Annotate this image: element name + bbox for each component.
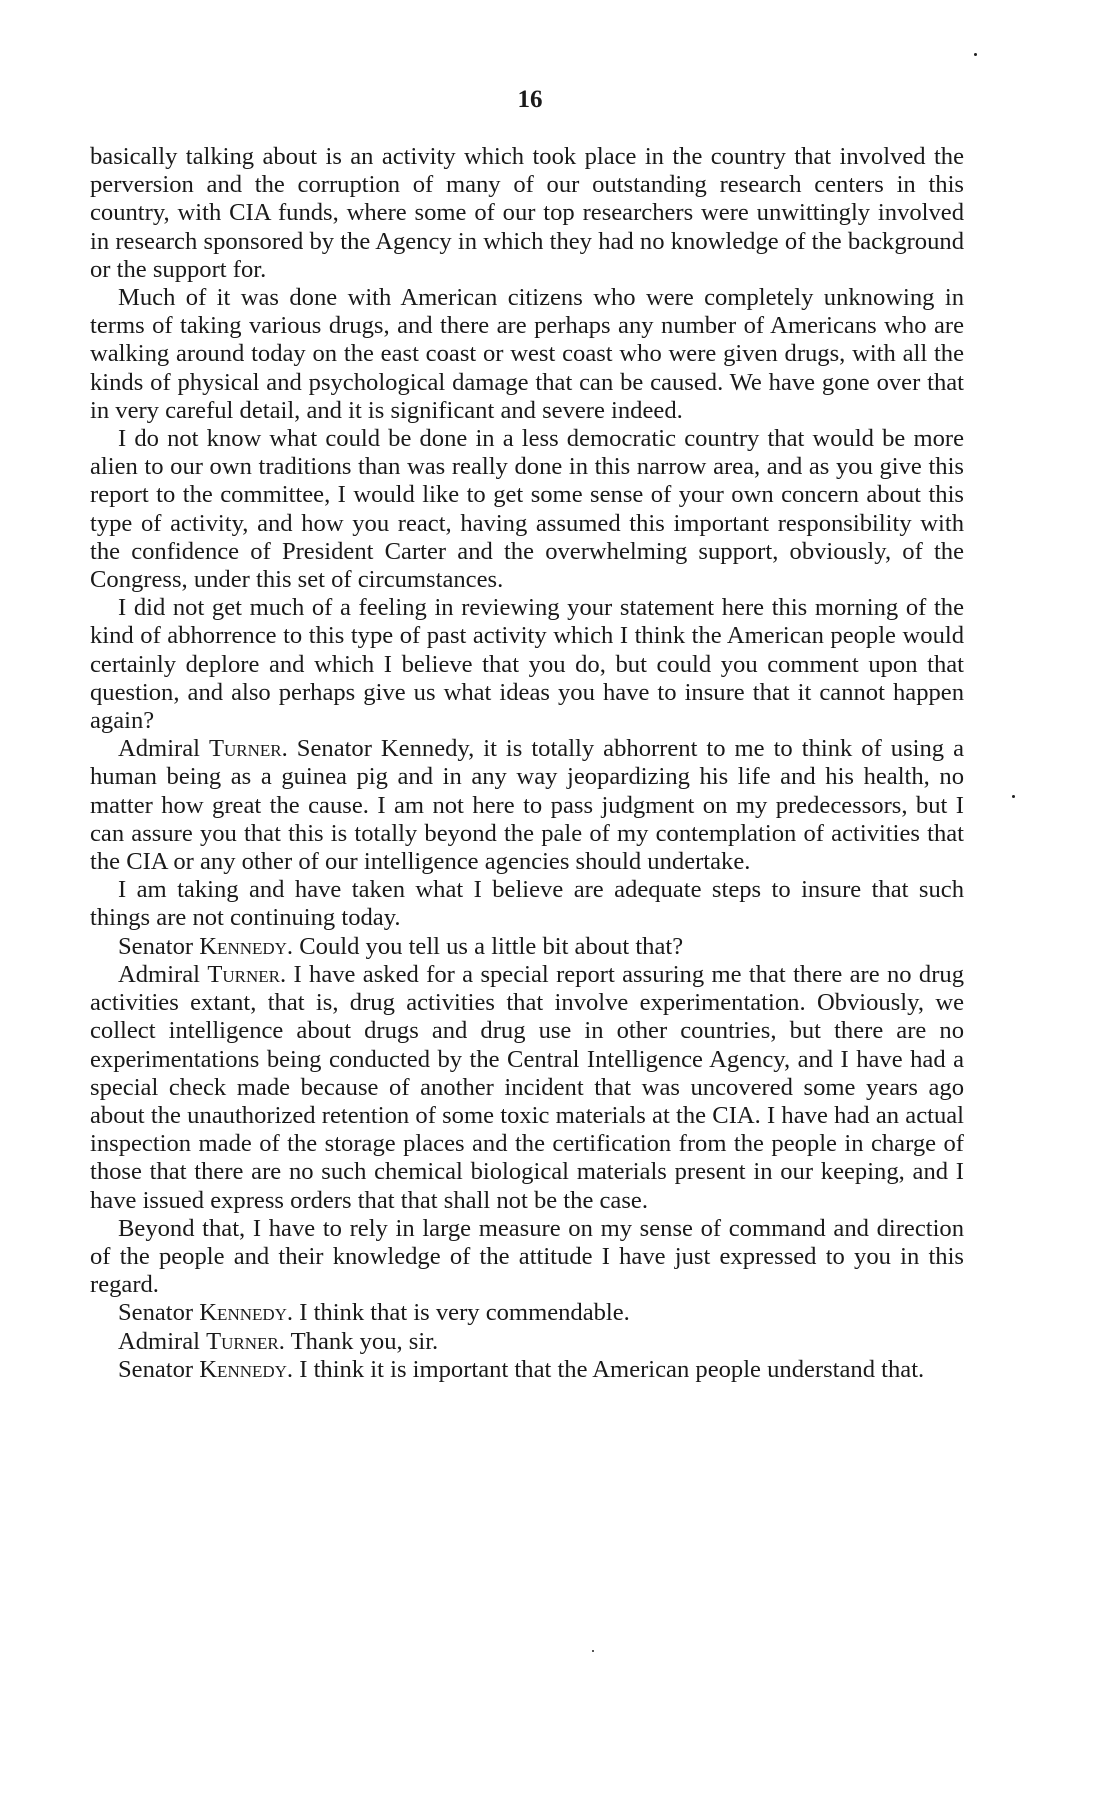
paragraph: Much of it was done with American citize… — [90, 284, 964, 425]
paragraph-text: I think it is important that the America… — [299, 1356, 924, 1383]
paragraph-text: I think that is very commendable. — [299, 1299, 630, 1326]
paragraph-text: I do not know what could be done in a le… — [90, 425, 964, 593]
speaker-paragraph: Admiral Turner. Thank you, sir. — [90, 1328, 964, 1356]
speaker-name: Turner. — [207, 961, 286, 988]
paragraph-text: I am taking and have taken what I believ… — [90, 876, 964, 931]
scan-speck — [974, 53, 977, 56]
scan-speck — [592, 1650, 594, 1652]
paragraph-text: Could you tell us a little bit about tha… — [299, 933, 683, 960]
paragraph-text: I have asked for a special report assuri… — [90, 961, 964, 1214]
paragraph: I do not know what could be done in a le… — [90, 425, 964, 594]
speaker-name: Kennedy. — [199, 1299, 293, 1326]
paragraph-text: Much of it was done with American citize… — [90, 284, 964, 424]
speaker-name: Turner. — [209, 735, 288, 762]
paragraph-text: Beyond that, I have to rely in large mea… — [90, 1215, 964, 1298]
speaker-name: Turner. — [206, 1328, 285, 1355]
speaker-title: Admiral — [118, 735, 200, 762]
scan-speck — [1012, 795, 1015, 798]
document-page: 16 basically talking about is an activit… — [0, 0, 1098, 1816]
speaker-name: Kennedy. — [199, 933, 293, 960]
speaker-title: Admiral — [118, 1328, 200, 1355]
speaker-paragraph: Admiral Turner. Senator Kennedy, it is t… — [90, 735, 964, 876]
paragraph: Beyond that, I have to rely in large mea… — [90, 1215, 964, 1300]
speaker-title: Senator — [118, 1299, 193, 1326]
paragraph-continuation: basically talking about is an activity w… — [90, 143, 964, 284]
page-number: 16 — [0, 86, 1060, 114]
speaker-paragraph: Senator Kennedy. I think that is very co… — [90, 1299, 964, 1327]
speaker-paragraph: Senator Kennedy. Could you tell us a lit… — [90, 933, 964, 961]
speaker-paragraph: Admiral Turner. I have asked for a speci… — [90, 961, 964, 1215]
paragraph-text: basically talking about is an activity w… — [90, 143, 964, 283]
paragraph-text: I did not get much of a feeling in revie… — [90, 594, 964, 734]
speaker-name: Kennedy. — [199, 1356, 293, 1383]
paragraph: I am taking and have taken what I believ… — [90, 876, 964, 932]
speaker-paragraph: Senator Kennedy. I think it is important… — [90, 1356, 964, 1384]
paragraph-text: Thank you, sir. — [291, 1328, 439, 1355]
speaker-title: Admiral — [118, 961, 200, 988]
paragraph: I did not get much of a feeling in revie… — [90, 594, 964, 735]
speaker-title: Senator — [118, 933, 193, 960]
transcript-body: basically talking about is an activity w… — [90, 143, 964, 1384]
speaker-title: Senator — [118, 1356, 193, 1383]
